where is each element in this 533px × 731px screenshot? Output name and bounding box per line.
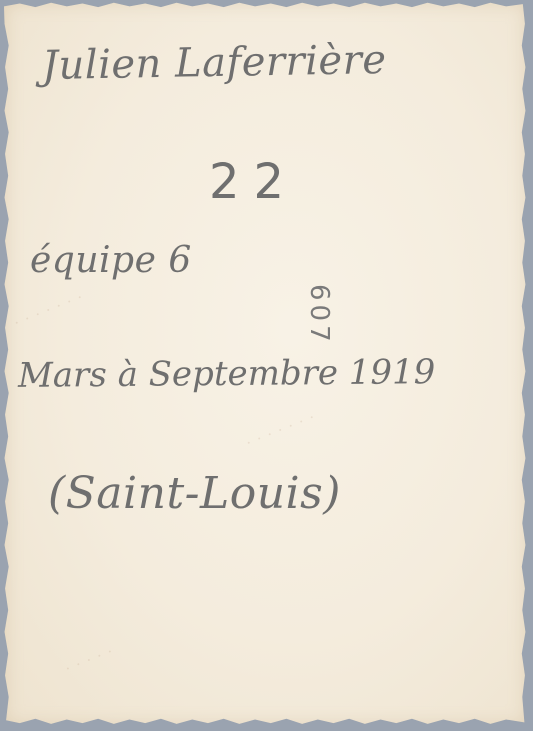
handwritten-name: Julien Laferrière [42,37,387,89]
handwritten-place: (Saint-Louis) [48,468,341,519]
handwritten-team: équipe 6 [30,240,192,281]
faded-stamp-mark: · · · · · · · [243,409,319,454]
faded-stamp-mark: · · · · · [63,643,118,679]
handwritten-date-range: Mars à Septembre 1919 [18,352,436,396]
handwritten-number: 22 [209,154,298,210]
faded-stamp-mark: · · · · · · · [11,289,87,334]
photo-card-back: · · · · · · · · · · · · · · · · · · · Ju… [4,2,527,726]
scanned-photo-back: · · · · · · · · · · · · · · · · · · · Ju… [0,0,533,731]
rotated-stamp-number: 607 [304,284,334,346]
